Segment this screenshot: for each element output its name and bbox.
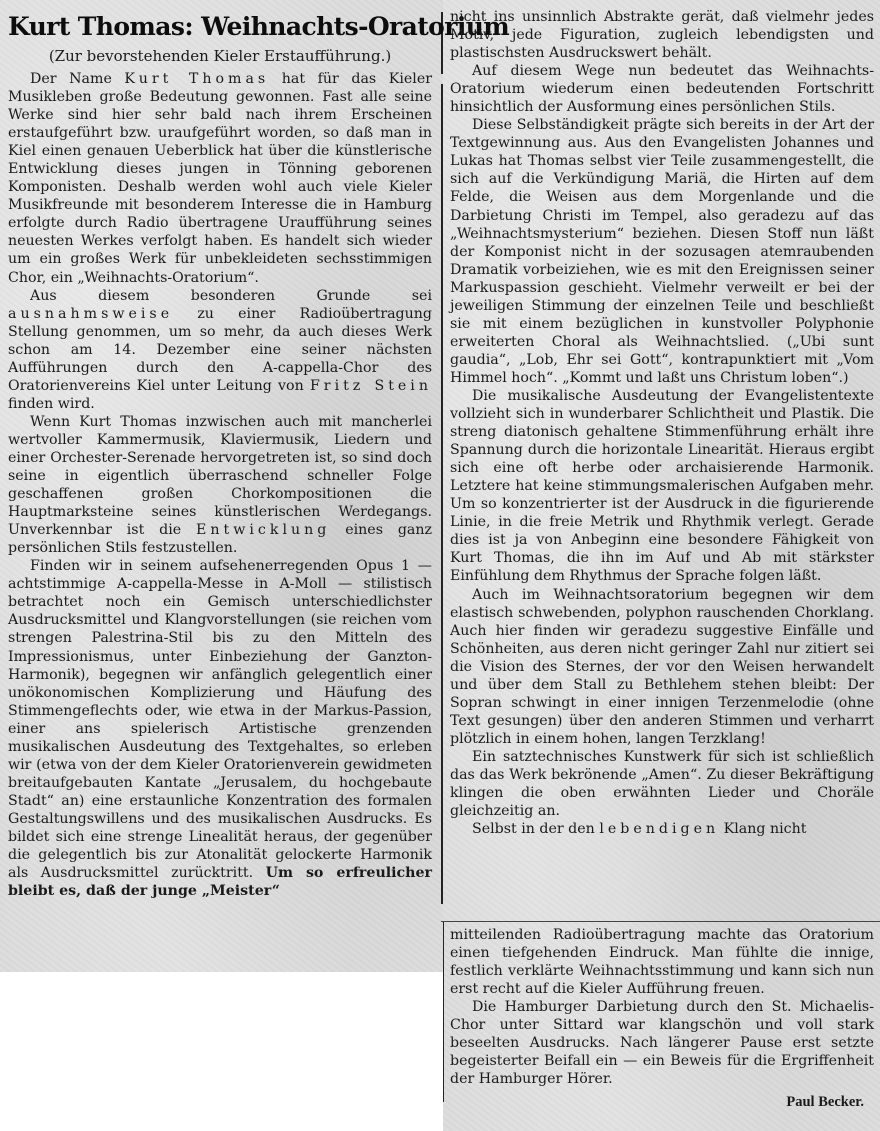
article-headline: Kurt Thomas: Weihnachts-Oratorium bbox=[8, 10, 432, 44]
paragraph: Aus diesem besonderen Grunde sei ausnahm… bbox=[8, 287, 432, 413]
article-column-left: Kurt Thomas: Weihnachts-Oratorium (Zur b… bbox=[8, 4, 432, 900]
paragraph: Auf diesem Wege nun bedeutet das Weihnac… bbox=[450, 62, 874, 116]
paragraph: Die Hamburger Darbietung durch den St. M… bbox=[450, 998, 874, 1088]
paragraph: Der Name Kurt Thomas hat für das Kieler … bbox=[8, 70, 432, 287]
paragraph: Selbst in der den lebendigen Klang nicht bbox=[450, 820, 874, 838]
article-column-right-lower: mitteilenden Radioübertragung machte das… bbox=[450, 926, 874, 1111]
column-divider bbox=[441, 84, 443, 904]
paragraph: Finden wir in seinem aufsehenerregenden … bbox=[8, 557, 432, 900]
paragraph-continued: mitteilenden Radioübertragung machte das… bbox=[450, 926, 874, 998]
paragraph: Auch im Weihnachtsoratorium begegnen wir… bbox=[450, 586, 874, 748]
paragraph: Die musikalische Ausdeutung der Evangeli… bbox=[450, 387, 874, 586]
clipping-cut-line bbox=[441, 921, 880, 922]
article-column-right: nicht ins unsinnlich Abstrakte gerät, da… bbox=[450, 8, 874, 838]
paragraph-continued: nicht ins unsinnlich Abstrakte gerät, da… bbox=[450, 8, 874, 62]
paragraph: Wenn Kurt Thomas inzwischen auch mit man… bbox=[8, 413, 432, 557]
column-divider bbox=[443, 922, 444, 1102]
author-signature: Paul Becker. bbox=[450, 1094, 874, 1111]
paragraph: Ein satztechnisches Kunstwerk für sich i… bbox=[450, 748, 874, 820]
paragraph: Diese Selbständigkeit prägte sich bereit… bbox=[450, 116, 874, 387]
article-subheadline: (Zur bevorstehenden Kieler Erstaufführun… bbox=[8, 46, 432, 66]
